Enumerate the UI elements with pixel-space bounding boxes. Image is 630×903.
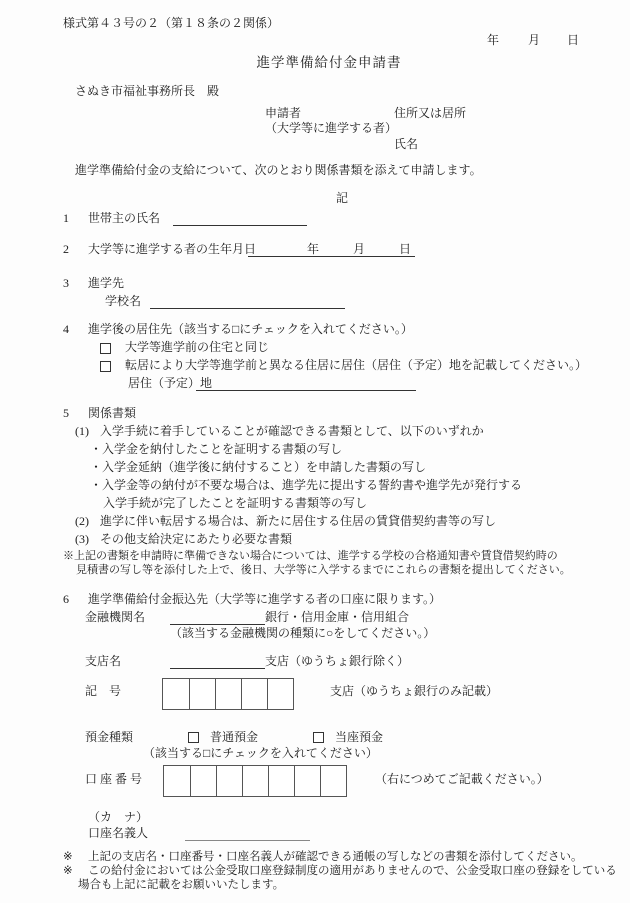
section2-label: 大学等に進学する者の生年月日 xyxy=(88,242,256,257)
s5-item2-text: 進学に伴い転居する場合は、新たに居住する住居の賃貸借契約書等の写し xyxy=(100,514,496,529)
s5-bullet3-continuation: 入学手続が完了したことを証明する書類等の写し xyxy=(103,496,367,511)
footer-note2-text: この給付金においては公金受取口座登録制度の適用がありませんので、公金受取口座の登… xyxy=(88,864,617,878)
digit-cell[interactable] xyxy=(294,766,320,796)
footer-note1-text: 上記の支店名・口座番号・口座名義人が確認できる通帳の写しなどの書類を添付してくだ… xyxy=(88,850,583,864)
addressee: さぬき市福祉事務所長 殿 xyxy=(75,84,219,99)
digit-cell[interactable] xyxy=(268,766,294,796)
birthdate-day-label: 日 xyxy=(399,242,411,257)
digit-cell[interactable] xyxy=(189,679,215,709)
digit-cell[interactable] xyxy=(215,679,241,709)
footer-note1-mark: ※ xyxy=(63,850,73,864)
birthdate-month-label: 月 xyxy=(353,242,365,257)
date-month-label: 月 xyxy=(528,33,540,48)
s5-item1-number: (1) xyxy=(75,424,89,439)
checkbox-current-deposit[interactable] xyxy=(313,732,324,743)
applicant-sub-label: （大学等に進学する者） xyxy=(265,121,397,136)
digit-cell[interactable] xyxy=(190,766,216,796)
digit-cell[interactable] xyxy=(320,766,346,796)
application-form-page: 様式第４３号の２（第１８条の２関係） 年 月 日 進学準備給付金申請書 さぬき市… xyxy=(0,0,630,903)
section5-label: 関係書類 xyxy=(88,406,136,421)
ordinary-deposit-label: 普通預金 xyxy=(210,730,258,745)
checkbox-ordinary-deposit[interactable] xyxy=(188,732,199,743)
symbol-note: 支店（ゆうちょ銀行のみ記載） xyxy=(330,684,498,699)
date-year-label: 年 xyxy=(487,33,499,48)
section3-number: 3 xyxy=(63,276,69,291)
address-label: 住所又は居所 xyxy=(394,106,466,121)
applicant-label: 申請者 xyxy=(265,106,301,121)
branch-suffix-label: 支店（ゆうちょ銀行除く） xyxy=(265,654,409,669)
s5-note-line1: ※上記の書類を申請時に準備できない場合については、進学する学校の合格通知書や賃貸… xyxy=(63,549,558,563)
digit-cell[interactable] xyxy=(163,679,189,709)
section1-label: 世帯主の氏名 xyxy=(88,211,160,226)
footer-note2-mark: ※ xyxy=(63,864,73,878)
checkbox-new-residence[interactable] xyxy=(100,361,111,372)
section3-label: 進学先 xyxy=(88,276,124,291)
section1-number: 1 xyxy=(63,211,69,226)
current-deposit-label: 当座預金 xyxy=(335,730,383,745)
planned-residence-field-line[interactable] xyxy=(196,376,416,391)
account-holder-label: 口座名義人 xyxy=(88,826,148,841)
digit-cell[interactable] xyxy=(241,679,267,709)
kana-label: （カ ナ） xyxy=(88,810,148,825)
footer-note2-continuation: 場合も上記に記載をお願いいたします。 xyxy=(78,878,284,892)
symbol-label: 記 号 xyxy=(85,684,121,699)
deposit-type-label: 預金種類 xyxy=(85,730,133,745)
bank-types-label: 銀行・信用金庫・信用組合 xyxy=(265,610,409,625)
account-number-digit-boxes[interactable] xyxy=(163,765,347,797)
householder-name-field-line[interactable] xyxy=(173,211,307,226)
birthdate-year-label: 年 xyxy=(307,242,319,257)
s5-bullet3: ・入学金等の納付が不要な場合は、進学先に提出する誓約書や進学先が発行する xyxy=(90,478,522,493)
s5-item1-text: 入学手続に着手していることが確認できる書類として、以下のいずれか xyxy=(100,424,484,439)
digit-cell[interactable] xyxy=(242,766,268,796)
digit-cell[interactable] xyxy=(164,766,190,796)
school-name-label: 学校名 xyxy=(105,294,141,309)
same-residence-label: 大学等進学前の住宅と同じ xyxy=(125,340,269,355)
s5-item3-number: (3) xyxy=(75,532,89,547)
account-number-note: （右につめてご記載ください。） xyxy=(375,772,549,787)
intro-text: 進学準備給付金の支給について、次のとおり関係書類を添えて申請します。 xyxy=(75,163,482,178)
date-day-label: 日 xyxy=(567,33,579,48)
birthdate-field-line[interactable] xyxy=(248,242,415,257)
symbol-digit-boxes[interactable] xyxy=(162,678,294,710)
bank-type-note: （該当する金融機関の種類に○をしてください。） xyxy=(170,626,435,641)
section4-label: 進学後の居住先（該当する□にチェックを入れてください。） xyxy=(88,322,413,337)
name-label: 氏名 xyxy=(394,137,418,152)
digit-cell[interactable] xyxy=(267,679,293,709)
s5-item3-text: その他支給決定にあたり必要な書類 xyxy=(100,532,292,547)
branch-name-label: 支店名 xyxy=(85,654,121,669)
form-title: 進学準備給付金申請書 xyxy=(0,54,630,71)
deposit-type-note: （該当する□にチェックを入れてください） xyxy=(143,746,378,761)
new-residence-label: 転居により大学等進学前と異なる住居に居住（居住（予定）地を記載してください。） xyxy=(125,358,587,373)
bank-name-field-line[interactable] xyxy=(170,610,265,625)
form-number: 様式第４３号の２（第１８条の２関係） xyxy=(63,16,279,31)
s5-note-line2: 見積書の写し等を添付した上で、後日、大学等に入学するまでにこれらの書類を提出して… xyxy=(76,563,571,577)
school-name-field-line[interactable] xyxy=(150,294,345,309)
account-holder-field-line[interactable] xyxy=(185,826,310,841)
section6-label: 進学準備給付金振込先（大学等に進学する者の口座に限ります。） xyxy=(88,592,441,607)
checkbox-same-residence[interactable] xyxy=(100,343,111,354)
section4-number: 4 xyxy=(63,322,69,337)
section6-number: 6 xyxy=(63,592,69,607)
record-mark: 記 xyxy=(336,191,348,206)
s5-item2-number: (2) xyxy=(75,514,89,529)
s5-bullet2: ・入学金延納（進学後に納付すること）を申請した書類の写し xyxy=(90,460,426,475)
digit-cell[interactable] xyxy=(216,766,242,796)
section2-number: 2 xyxy=(63,242,69,257)
s5-bullet1: ・入学金を納付したことを証明する書類の写し xyxy=(90,442,342,457)
bank-name-label: 金融機関名 xyxy=(85,610,145,625)
section5-number: 5 xyxy=(63,406,69,421)
account-number-label: 口座番号 xyxy=(85,772,145,787)
branch-name-field-line[interactable] xyxy=(170,654,265,669)
